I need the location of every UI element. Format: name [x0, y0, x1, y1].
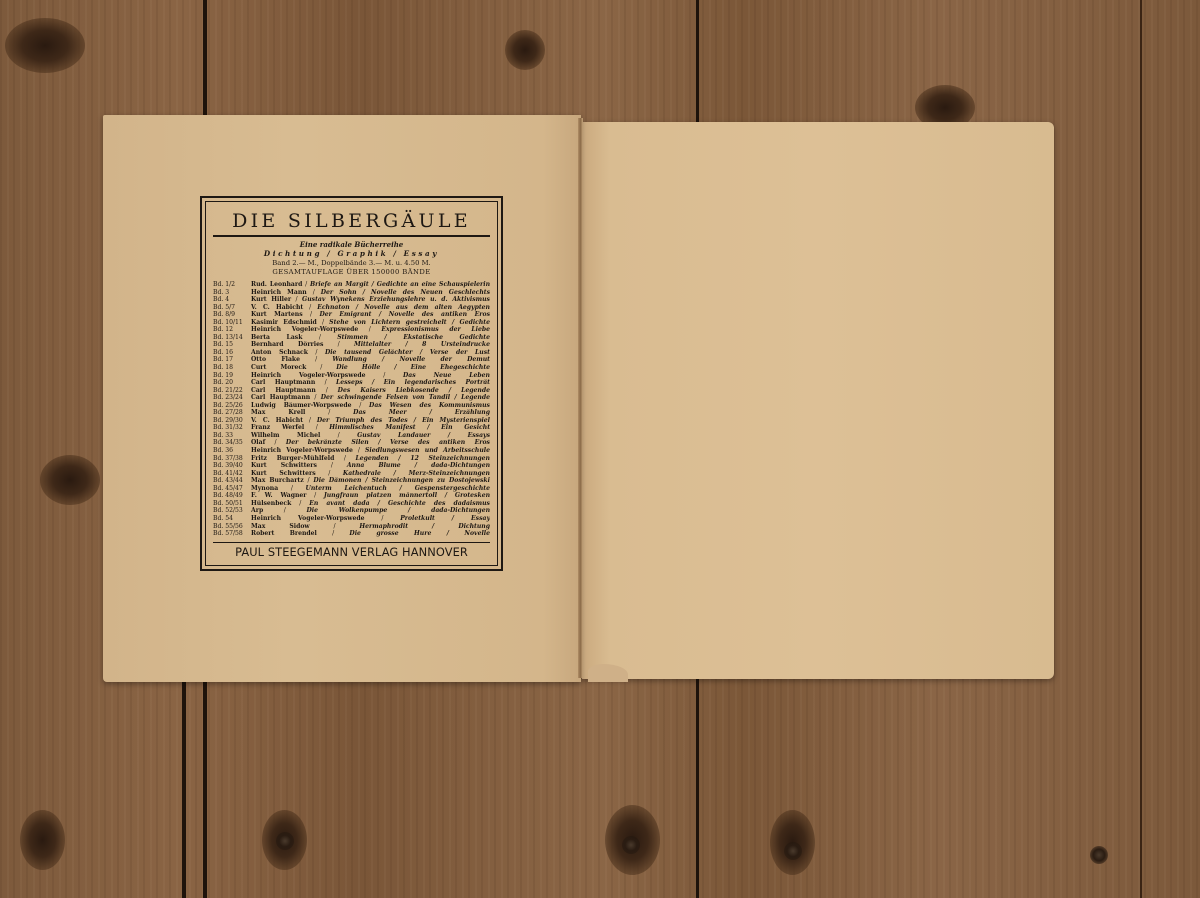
divider — [213, 542, 490, 543]
separator: / — [307, 289, 321, 296]
volume-number: Bd. 57/58 — [213, 530, 251, 538]
work-title: Gustav Wynekens Erziehungslehre u. d. Ak… — [302, 296, 490, 303]
work-title: Die grosse Hure / Novelle — [349, 530, 490, 537]
separator: / — [305, 409, 353, 416]
list-item: Bd. 34/35Olaf / Der bekränzte Silen / Ve… — [213, 439, 490, 447]
separator: / — [358, 326, 381, 333]
publisher-name: PAUL STEEGEMANN VERLAG HANNOVER — [213, 545, 490, 559]
volume-entry: Franz Werfel / Himmlisches Manifest / Ei… — [251, 424, 490, 432]
work-title: Expressionismus der Liebe — [381, 326, 490, 333]
work-title: Der Emigrant / Novelle des antiken Eros — [319, 311, 490, 318]
author-name: Kurt Martens — [251, 311, 303, 318]
work-title: Wandlung / Novelle der Demut — [332, 356, 490, 363]
list-item: Bd. 55/56Max Sidow / Hermaphrodit / Dich… — [213, 523, 490, 531]
volume-entry: Kurt Schwitters / Anna Blume / dada-Dich… — [251, 462, 490, 470]
list-item: Bd. 5/7V. C. Habicht / Echnaton / Novell… — [213, 304, 490, 312]
author-name: Heinrich Vogeler-Worpswede — [251, 372, 366, 379]
work-title: Unterm Leichentuch / Gespenstergeschicht… — [306, 485, 490, 492]
volume-entry: Mynona / Unterm Leichentuch / Gespenster… — [251, 485, 490, 493]
list-item: Bd. 8/9Kurt Martens / Der Emigrant / Nov… — [213, 311, 490, 319]
volume-entry: Anton Schnack / Die tausend Gelächter / … — [251, 349, 490, 357]
volume-list: Bd. 1/2Rud. Leonhard / Briefe an Margit … — [213, 281, 490, 538]
volume-number: Bd. 12 — [213, 326, 251, 334]
separator: / — [304, 477, 314, 484]
list-item: Bd. 27/28Max Krell / Das Meer / Erzählun… — [213, 409, 490, 417]
volume-entry: V. C. Habicht / Der Triumph des Todes / … — [251, 417, 490, 425]
work-title: Des Kaisers Liebkosende / Legende — [338, 387, 490, 394]
volume-number: Bd. 25/26 — [213, 402, 251, 410]
floor-nail — [622, 836, 640, 854]
author-name: Arp — [251, 507, 263, 514]
floor-nail — [276, 832, 294, 850]
author-name: F. W. Wagner — [251, 492, 307, 499]
author-name: Max Sidow — [251, 523, 310, 530]
author-name: V. C. Habicht — [251, 304, 303, 311]
wood-knot — [40, 455, 100, 505]
list-item: Bd. 29/30V. C. Habicht / Der Triumph des… — [213, 417, 490, 425]
work-title: Anna Blume / dada-Dichtungen — [347, 462, 490, 469]
separator: / — [291, 500, 309, 507]
list-item: Bd. 15Bernhard Dörries / Mittelalter / 8… — [213, 341, 490, 349]
work-title: Das Wesen des Kommunismus — [369, 402, 490, 409]
booklet-spine — [578, 118, 583, 678]
volume-entry: Max Krell / Das Meer / Erzählung — [251, 409, 490, 417]
volume-entry: Arp / Die Wolkenpumpe / dada-Dichtungen — [251, 507, 490, 515]
volume-number: Bd. 8/9 — [213, 311, 251, 319]
list-item: Bd. 52/53Arp / Die Wolkenpumpe / dada-Di… — [213, 507, 490, 515]
list-item: Bd. 17Otto Flake / Wandlung / Novelle de… — [213, 356, 490, 364]
separator: / — [303, 417, 317, 424]
separator: / — [334, 455, 355, 462]
volume-number: Bd. 20 — [213, 379, 251, 387]
volume-number: Bd. 15 — [213, 341, 251, 349]
work-title: Der bekränzte Silen / Verse des antiken … — [286, 439, 490, 446]
work-title: Das Neue Leben — [403, 372, 490, 379]
volume-entry: Olaf / Der bekränzte Silen / Verse des a… — [251, 439, 490, 447]
work-title: En avant dada / Geschichte des dadaismus — [309, 500, 490, 507]
work-title: Hermaphrodit / Dichtung — [359, 523, 490, 530]
publisher-list-frame: DIE SILBERGÄULE Eine radikale Bücherreih… — [200, 196, 503, 571]
author-name: Rud. Leonhard — [251, 281, 302, 288]
volume-entry: Kurt Martens / Der Emigrant / Novelle de… — [251, 311, 490, 319]
floorboard-seam — [182, 680, 186, 898]
separator: / — [316, 387, 338, 394]
volume-number: Bd. 21/22 — [213, 387, 251, 395]
list-item: Bd. 33Wilhelm Michel / Gustav Landauer /… — [213, 432, 490, 440]
wood-knot — [20, 810, 65, 870]
volume-number: Bd. 13/14 — [213, 334, 251, 342]
list-item: Bd. 37/38Fritz Burger-Mühlfeld / Legende… — [213, 455, 490, 463]
author-name: Hülsenbeck — [251, 500, 291, 507]
list-item: Bd. 23/24Carl Hauptmann / Der schwingend… — [213, 394, 490, 402]
separator: / — [307, 492, 324, 499]
volume-entry: Carl Hauptmann / Der schwingende Felsen … — [251, 394, 490, 402]
floor-nail — [784, 842, 802, 860]
series-subtitle: Eine radikale Bücherreihe — [213, 240, 490, 249]
list-item: Bd. 25/26Ludwig Bäumer-Worpswede / Das W… — [213, 402, 490, 410]
volume-entry: Kurt Hiller / Gustav Wynekens Erziehungs… — [251, 296, 490, 304]
work-title: Das Meer / Erzählung — [353, 409, 490, 416]
author-name: Heinrich Vogeler-Worpswede — [251, 326, 358, 333]
volume-entry: Kasimir Edschmid / Stehe von Lichtern ge… — [251, 319, 490, 327]
volume-number: Bd. 34/35 — [213, 439, 251, 447]
work-title: Stimmen / Ekstatische Gedichte — [337, 334, 490, 341]
volume-number: Bd. 45/47 — [213, 485, 251, 493]
floorboard-seam — [1140, 0, 1142, 898]
author-name: Otto Flake — [251, 356, 300, 363]
list-item: Bd. 57/58Robert Brendel / Die grosse Hur… — [213, 530, 490, 538]
volume-entry: Carl Hauptmann / Des Kaisers Liebkosende… — [251, 387, 490, 395]
volume-number: Bd. 37/38 — [213, 455, 251, 463]
work-title: Die Wolkenpumpe / dada-Dichtungen — [306, 507, 490, 514]
volume-entry: Robert Brendel / Die grosse Hure / Novel… — [251, 530, 490, 538]
author-name: Berta Lask — [251, 334, 302, 341]
author-name: Franz Werfel — [251, 424, 304, 431]
separator: / — [278, 485, 305, 492]
author-name: Kasimir Edschmid — [251, 319, 317, 326]
volume-entry: Heinrich Vogeler-Worpswede / Proletkult … — [251, 515, 490, 523]
author-name: Max Burchartz — [251, 477, 304, 484]
separator: / — [317, 530, 350, 537]
separator: / — [302, 334, 337, 341]
volume-entry: Kurt Schwitters / Kathedrale / Merz-Stei… — [251, 470, 490, 478]
list-item: Bd. 1/2Rud. Leonhard / Briefe an Margit … — [213, 281, 490, 289]
volume-entry: Heinrich Vogeler-Worpswede / Das Neue Le… — [251, 372, 490, 380]
volume-number: Bd. 39/40 — [213, 462, 251, 470]
separator: / — [310, 523, 360, 530]
volume-number: Bd. 3 — [213, 289, 251, 297]
separator: / — [291, 296, 302, 303]
list-item: Bd. 3Heinrich Mann / Der Sohn / Novelle … — [213, 289, 490, 297]
volume-entry: Otto Flake / Wandlung / Novelle der Demu… — [251, 356, 490, 364]
work-title: Himmlisches Manifest / Ein Gesicht — [329, 424, 490, 431]
separator: / — [306, 364, 336, 371]
volume-number: Bd. 41/42 — [213, 470, 251, 478]
separator: / — [353, 447, 365, 454]
volume-entry: Heinrich Mann / Der Sohn / Novelle des N… — [251, 289, 490, 297]
author-name: Curt Moreck — [251, 364, 306, 371]
author-name: Kurt Schwitters — [251, 470, 316, 477]
volume-entry: Max Sidow / Hermaphrodit / Dichtung — [251, 523, 490, 531]
separator: / — [366, 372, 404, 379]
author-name: Wilhelm Michel — [251, 432, 320, 439]
author-name: Carl Hauptmann — [251, 394, 310, 401]
volume-number: Bd. 50/51 — [213, 500, 251, 508]
volume-number: Bd. 33 — [213, 432, 251, 440]
list-item: Bd. 54Heinrich Vogeler-Worpswede / Prole… — [213, 515, 490, 523]
work-title: Jungfraun platzen männertoll / Grotesken — [324, 492, 490, 499]
price-info: Band 2.— M., Doppelbände 3.— M. u. 4.50 … — [213, 259, 490, 268]
volume-number: Bd. 18 — [213, 364, 251, 372]
work-title: Kathedrale / Merz-Steinzeichnungen — [343, 470, 490, 477]
work-title: Die tausend Gelächter / Verse der Lust — [325, 349, 490, 356]
list-item: Bd. 16Anton Schnack / Die tausend Geläch… — [213, 349, 490, 357]
author-name: Bernhard Dörries — [251, 341, 323, 348]
volume-entry: Max Burchartz / Die Dämonen / Steinzeich… — [251, 477, 490, 485]
volume-number: Bd. 5/7 — [213, 304, 251, 312]
volume-entry: F. W. Wagner / Jungfraun platzen männert… — [251, 492, 490, 500]
author-name: Mynona — [251, 485, 278, 492]
work-title: Briefe an Margit / Gedichte an eine Scha… — [310, 281, 490, 288]
volume-number: Bd. 43/44 — [213, 477, 251, 485]
author-name: Heinrich Vogeler-Worpswede — [251, 447, 353, 454]
list-item: Bd. 4Kurt Hiller / Gustav Wynekens Erzie… — [213, 296, 490, 304]
volume-number: Bd. 1/2 — [213, 281, 251, 289]
separator: / — [304, 424, 329, 431]
author-name: Max Krell — [251, 409, 305, 416]
author-name: Robert Brendel — [251, 530, 317, 537]
author-name: Heinrich Mann — [251, 289, 307, 296]
volume-entry: Ludwig Bäumer-Worpswede / Das Wesen des … — [251, 402, 490, 410]
work-title: Mittelalter / 8 Ursteindrucke — [354, 341, 490, 348]
volume-number: Bd. 27/28 — [213, 409, 251, 417]
list-item: Bd. 45/47Mynona / Unterm Leichentuch / G… — [213, 485, 490, 493]
author-name: Kurt Schwitters — [251, 462, 317, 469]
wood-knot — [505, 30, 545, 70]
work-title: Legenden / 12 Steinzeichnungen — [355, 455, 490, 462]
author-name: Fritz Burger-Mühlfeld — [251, 455, 334, 462]
separator: / — [315, 379, 336, 386]
list-item: Bd. 13/14Berta Lask / Stimmen / Ekstatis… — [213, 334, 490, 342]
separator: / — [303, 311, 320, 318]
volume-number: Bd. 23/24 — [213, 394, 251, 402]
floor-nail — [1090, 846, 1108, 864]
volume-number: Bd. 55/56 — [213, 523, 251, 531]
separator: / — [263, 507, 306, 514]
right-page-blank — [582, 122, 1054, 679]
author-name: V. C. Habicht — [251, 417, 303, 424]
author-name: Carl Hauptmann — [251, 387, 316, 394]
torn-page-edge — [588, 664, 628, 682]
volume-number: Bd. 52/53 — [213, 507, 251, 515]
list-item: Bd. 43/44Max Burchartz / Die Dämonen / S… — [213, 477, 490, 485]
list-item: Bd. 48/49F. W. Wagner / Jungfraun platze… — [213, 492, 490, 500]
work-title: Echnaton / Novelle aus dem alten Aegypte… — [317, 304, 490, 311]
list-item: Bd. 12Heinrich Vogeler-Worpswede / Expre… — [213, 326, 490, 334]
volume-entry: Curt Moreck / Die Hölle / Eine Ehegeschi… — [251, 364, 490, 372]
volume-entry: Wilhelm Michel / Gustav Landauer / Essay… — [251, 432, 490, 440]
author-name: Carl Hauptmann — [251, 379, 315, 386]
separator: / — [365, 515, 401, 522]
list-item: Bd. 41/42Kurt Schwitters / Kathedrale / … — [213, 470, 490, 478]
work-title: Die Dämonen / Steinzeichnungen zu Dostoj… — [313, 477, 490, 484]
volume-entry: Bernhard Dörries / Mittelalter / 8 Urste… — [251, 341, 490, 349]
separator: / — [320, 432, 357, 439]
separator: / — [317, 319, 329, 326]
separator: / — [323, 341, 354, 348]
work-title: Siedlungswesen und Arbeitsschule — [365, 447, 490, 454]
separator: / — [302, 281, 310, 288]
separator: / — [308, 349, 325, 356]
author-name: Kurt Hiller — [251, 296, 291, 303]
volume-number: Bd. 4 — [213, 296, 251, 304]
work-title: Gustav Landauer / Essays — [357, 432, 490, 439]
list-item: Bd. 19Heinrich Vogeler-Worpswede / Das N… — [213, 372, 490, 380]
author-name: Ludwig Bäumer-Worpswede — [251, 402, 352, 409]
work-title: Der schwingende Felsen von Tandil / Lege… — [321, 394, 490, 401]
wood-knot — [5, 18, 85, 73]
work-title: Proletkult / Essay — [400, 515, 490, 522]
author-name: Heinrich Vogeler-Worpswede — [251, 515, 365, 522]
separator: / — [300, 356, 332, 363]
list-item: Bd. 31/32Franz Werfel / Himmlisches Mani… — [213, 424, 490, 432]
work-title: Lesseps / Ein legendarisches Porträt — [336, 379, 490, 386]
print-run-info: GESAMTAUFLAGE ÜBER 150000 BÄNDE — [213, 268, 490, 277]
list-item: Bd. 18Curt Moreck / Die Hölle / Eine Ehe… — [213, 364, 490, 372]
volume-number: Bd. 19 — [213, 372, 251, 380]
volume-number: Bd. 54 — [213, 515, 251, 523]
volume-number: Bd. 36 — [213, 447, 251, 455]
volume-entry: Berta Lask / Stimmen / Ekstatische Gedic… — [251, 334, 490, 342]
list-item: Bd. 50/51Hülsenbeck / En avant dada / Ge… — [213, 500, 490, 508]
separator: / — [352, 402, 370, 409]
volume-entry: Heinrich Vogeler-Worpswede / Siedlungswe… — [251, 447, 490, 455]
volume-entry: V. C. Habicht / Echnaton / Novelle aus d… — [251, 304, 490, 312]
work-title: Die Hölle / Eine Ehegeschichte — [336, 364, 490, 371]
list-item: Bd. 10/11Kasimir Edschmid / Stehe von Li… — [213, 319, 490, 327]
list-item: Bd. 21/22Carl Hauptmann / Des Kaisers Li… — [213, 387, 490, 395]
divider — [213, 235, 490, 237]
separator: / — [303, 304, 317, 311]
volume-entry: Rud. Leonhard / Briefe an Margit / Gedic… — [251, 281, 490, 289]
volume-number: Bd. 17 — [213, 356, 251, 364]
volume-number: Bd. 10/11 — [213, 319, 251, 327]
volume-entry: Carl Hauptmann / Lesseps / Ein legendari… — [251, 379, 490, 387]
work-title: Der Triumph des Todes / Ein Mysterienspi… — [317, 417, 490, 424]
separator: / — [317, 462, 347, 469]
work-title: Der Sohn / Novelle des Neuen Geschlechts — [321, 289, 490, 296]
author-name: Anton Schnack — [251, 349, 308, 356]
volume-entry: Fritz Burger-Mühlfeld / Legenden / 12 St… — [251, 455, 490, 463]
list-item: Bd. 39/40Kurt Schwitters / Anna Blume / … — [213, 462, 490, 470]
volume-number: Bd. 29/30 — [213, 417, 251, 425]
list-item: Bd. 36Heinrich Vogeler-Worpswede / Siedl… — [213, 447, 490, 455]
volume-number: Bd. 48/49 — [213, 492, 251, 500]
volume-number: Bd. 16 — [213, 349, 251, 357]
author-name: Olaf — [251, 439, 265, 446]
series-title: DIE SILBERGÄULE — [213, 210, 490, 232]
list-item: Bd. 20Carl Hauptmann / Lesseps / Ein leg… — [213, 379, 490, 387]
separator: / — [316, 470, 343, 477]
separator: / — [265, 439, 286, 446]
volume-number: Bd. 31/32 — [213, 424, 251, 432]
volume-entry: Hülsenbeck / En avant dada / Geschichte … — [251, 500, 490, 508]
separator: / — [310, 394, 320, 401]
work-title: Stehe von Lichtern gestreichelt / Gedich… — [329, 319, 490, 326]
series-genres: Dichtung / Graphik / Essay — [213, 249, 490, 259]
volume-entry: Heinrich Vogeler-Worpswede / Expressioni… — [251, 326, 490, 334]
